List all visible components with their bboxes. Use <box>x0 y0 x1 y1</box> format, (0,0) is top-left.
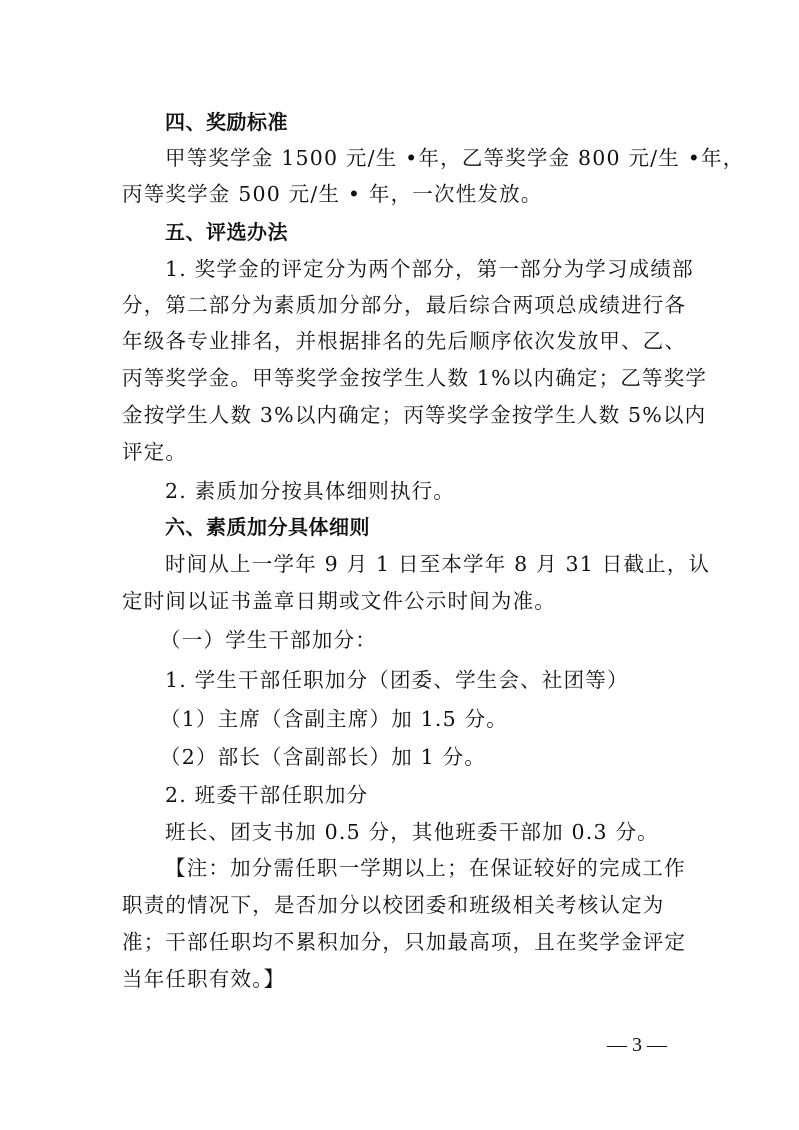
paragraph-line: 1. 学生干部任职加分（团委、学生会、社团等） <box>165 668 629 692</box>
paragraph-line: 分，第二部分为素质加分部分，最后综合两项总成绩进行各 <box>122 293 686 317</box>
list-item: （2）部长（含副部长）加 1 分。 <box>160 745 486 769</box>
paragraph-line: 2. 素质加分按具体细则执行。 <box>165 479 455 503</box>
paragraph-line: 班长、团支书加 0.5 分，其他班委干部加 0.3 分。 <box>165 820 659 844</box>
paragraph-line: 评定。 <box>122 440 187 464</box>
note-line: 职责的情况下，是否加分以校团委和班级相关考核认定为 <box>122 893 665 917</box>
paragraph-line: 定时间以证书盖章日期或文件公示时间为准。 <box>122 589 556 613</box>
note-line: 【注：加分需任职一学期以上；在保证较好的完成工作 <box>165 856 686 880</box>
section-heading-award-standard: 四、奖励标准 <box>165 110 288 134</box>
note-line: 准；干部任职均不累积加分，只加最高项，且在奖学金评定 <box>122 930 686 954</box>
subsection-heading: （一）学生干部加分： <box>160 628 377 652</box>
paragraph-line: 金按学生人数 3%以内确定；丙等奖学金按学生人数 5%以内 <box>122 403 706 427</box>
paragraph-line: 甲等奖学金 1500 元/生 •年，乙等奖学金 800 元/生 •年， <box>165 146 744 170</box>
list-item: （1）主席（含副主席）加 1.5 分。 <box>160 707 508 731</box>
paragraph-line: 时间从上一学年 9 月 1 日至本学年 8 月 31 日截止，认 <box>165 552 710 576</box>
paragraph-line: 1. 奖学金的评定分为两个部分，第一部分为学习成绩部 <box>165 257 694 281</box>
paragraph-line: 2. 班委干部任职加分 <box>165 783 368 807</box>
paragraph-line: 年级各专业排名，并根据排名的先后顺序依次发放甲、乙、 <box>122 329 686 353</box>
paragraph-line: 丙等奖学金 500 元/生 • 年，一次性发放。 <box>122 182 543 206</box>
section-heading-quality-points: 六、素质加分具体细则 <box>165 515 370 539</box>
note-line: 当年任职有效。】 <box>122 967 285 991</box>
section-heading-selection-method: 五、评选办法 <box>165 220 288 244</box>
paragraph-line: 丙等奖学金。甲等奖学金按学生人数 1%以内确定；乙等奖学 <box>122 366 707 390</box>
page-number: — 3 — <box>607 1034 667 1057</box>
